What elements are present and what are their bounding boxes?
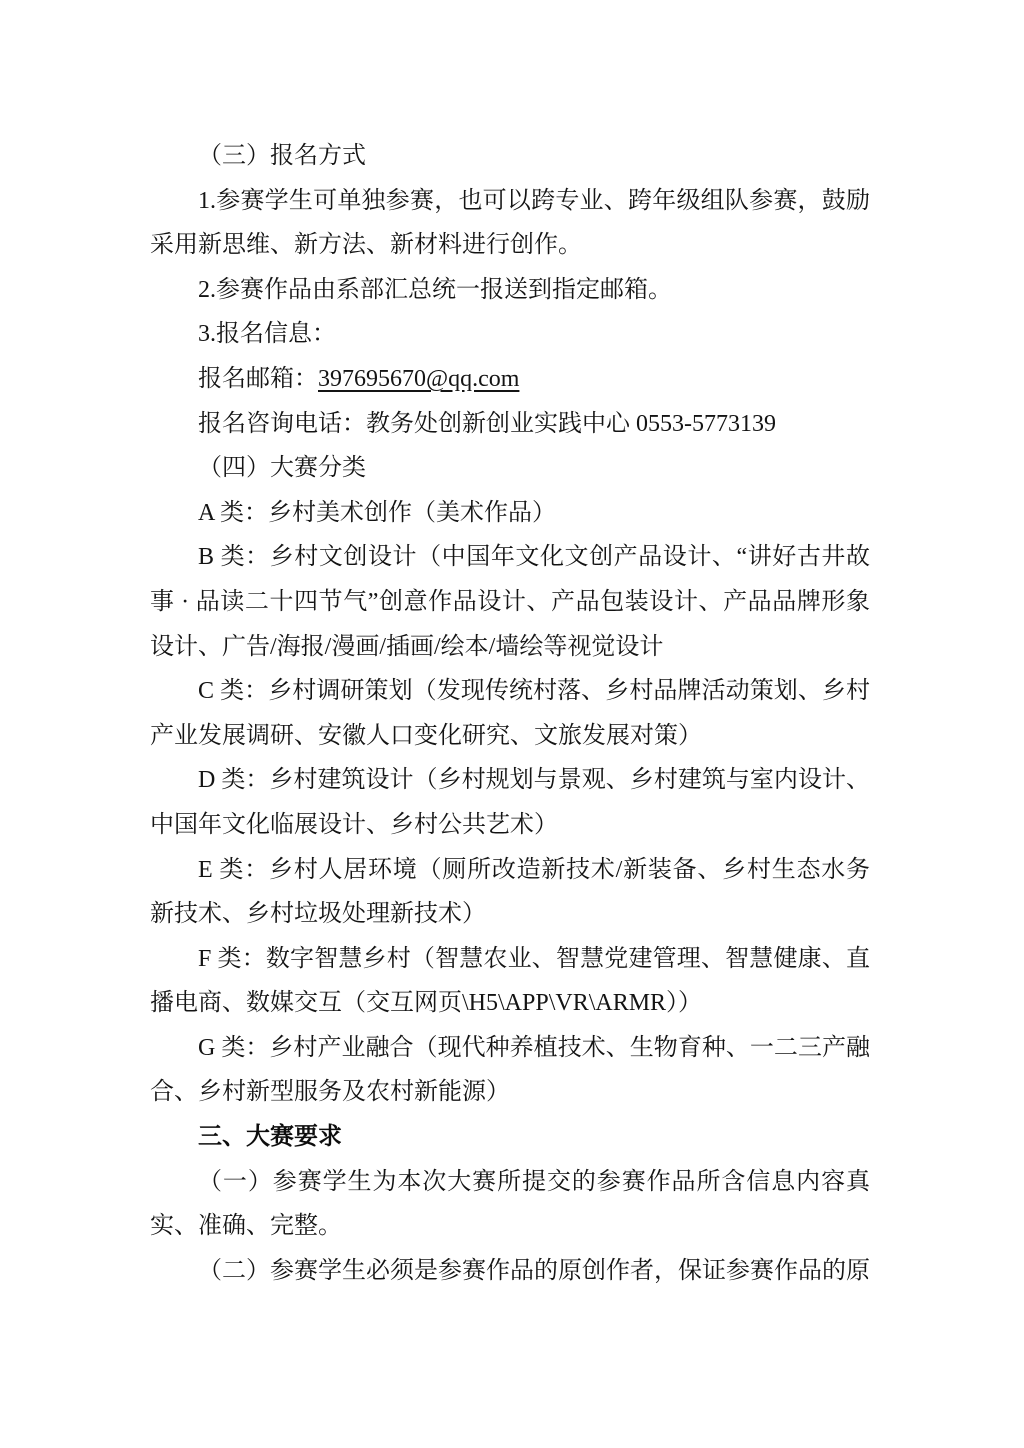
paragraph-email: 报名邮箱：397695670@qq.com (150, 357, 870, 402)
document-page: （三）报名方式1.参赛学生可单独参赛，也可以跨专业、跨年级组队参赛，鼓励采用新思… (0, 0, 1024, 1448)
category-e: E 类：乡村人居环境（厕所改造新技术/新装备、乡村生态水务新技术、乡村垃圾处理新… (150, 848, 870, 937)
paragraph-item-3: 3.报名信息： (150, 312, 870, 357)
category-c: C 类：乡村调研策划（发现传统村落、乡村品牌活动策划、乡村产业发展调研、安徽人口… (150, 669, 870, 758)
text-segment: 报名邮箱： (198, 366, 318, 392)
requirement-1: （一）参赛学生为本次大赛所提交的参赛作品所含信息内容真实、准确、完整。 (150, 1160, 870, 1249)
subsection-heading-registration-method: （三）报名方式 (150, 134, 870, 179)
category-f: F 类：数字智慧乡村（智慧农业、智慧党建管理、智慧健康、直播电商、数媒交互（交互… (150, 937, 870, 1026)
requirement-2: （二）参赛学生必须是参赛作品的原创作者，保证参赛作品的原 (150, 1249, 870, 1294)
category-b: B 类：乡村文创设计（中国年文化文创产品设计、“讲好古井故事 · 品读二十四节气… (150, 535, 870, 669)
category-g: G 类：乡村产业融合（现代种养植技术、生物育种、一二三产融合、乡村新型服务及农村… (150, 1026, 870, 1115)
email-link[interactable]: 397695670@qq.com (318, 366, 519, 392)
paragraph-phone: 报名咨询电话：教务处创新创业实践中心 0553-5773139 (150, 402, 870, 447)
document-content: （三）报名方式1.参赛学生可单独参赛，也可以跨专业、跨年级组队参赛，鼓励采用新思… (150, 134, 870, 1293)
paragraph-item-1: 1.参赛学生可单独参赛，也可以跨专业、跨年级组队参赛，鼓励采用新思维、新方法、新… (150, 179, 870, 268)
paragraph-item-2: 2.参赛作品由系部汇总统一报送到指定邮箱。 (150, 268, 870, 313)
section-heading-competition-requirements: 三、大赛要求 (150, 1115, 870, 1160)
subsection-heading-competition-categories: （四）大赛分类 (150, 446, 870, 491)
category-d: D 类：乡村建筑设计（乡村规划与景观、乡村建筑与室内设计、中国年文化临展设计、乡… (150, 758, 870, 847)
category-a: A 类：乡村美术创作（美术作品） (150, 491, 870, 536)
